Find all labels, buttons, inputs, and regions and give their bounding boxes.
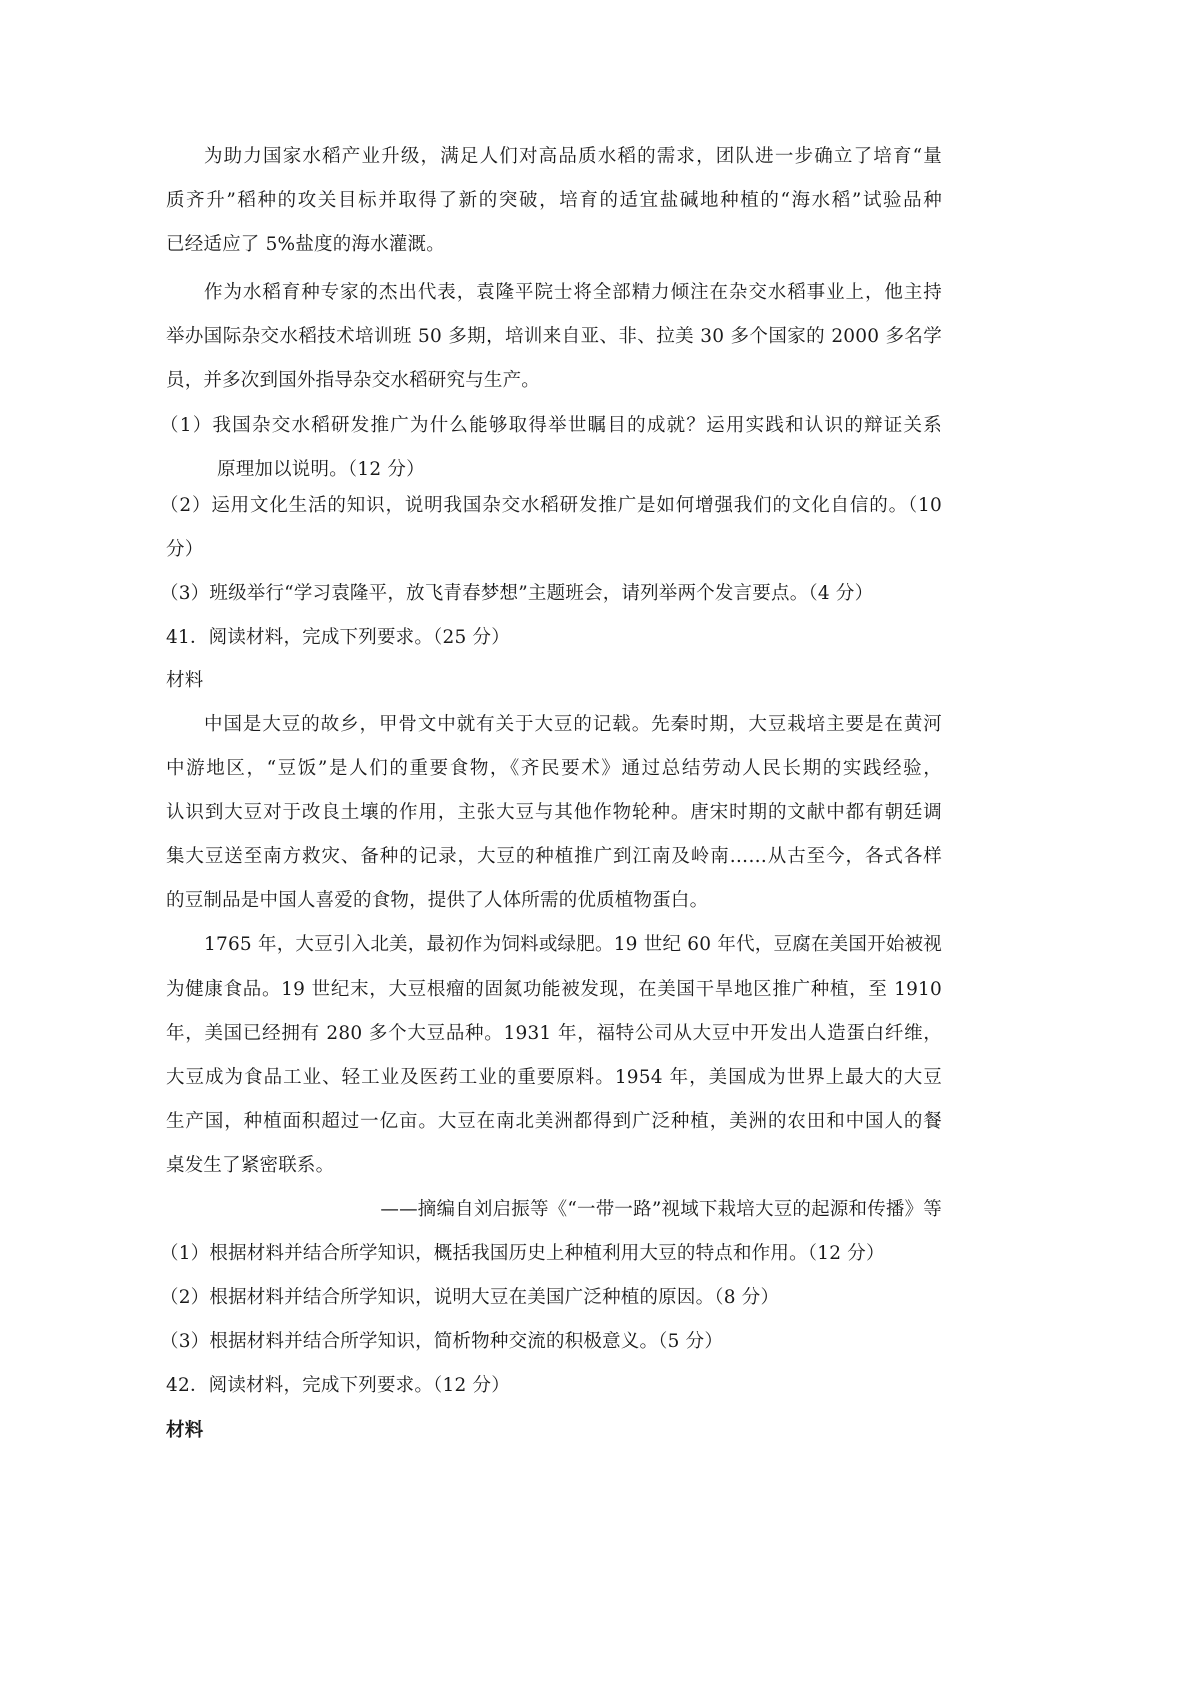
- q41-para2-line2: 为健康食品。19 世纪末，大豆根瘤的固氮功能被发现，在美国干旱地区推广种植，至 …: [166, 975, 942, 1005]
- q41-question-2: （2）根据材料并结合所学知识，说明大豆在美国广泛种植的原因。（8 分）: [160, 1283, 779, 1313]
- q42-material-label: 材料: [166, 1416, 203, 1446]
- q40-2-line2: 分）: [166, 535, 203, 565]
- q41-para2-line4: 大豆成为食品工业、轻工业及医药工业的重要原料。1954 年，美国成为世界上最大的…: [166, 1063, 942, 1093]
- q41-para2-line5: 生产国，种植面积超过一亿亩。大豆在南北美洲都得到广泛种植，美洲的农田和中国人的餐: [166, 1107, 942, 1137]
- q42-heading: 42．阅读材料，完成下列要求。（12 分）: [166, 1371, 510, 1401]
- q41-material-label: 材料: [166, 666, 203, 696]
- rice-para1-line1: 为助力国家水稻产业升级，满足人们对高品质水稻的需求，团队进一步确立了培育“量: [204, 142, 942, 172]
- q41-question-1: （1）根据材料并结合所学知识，概括我国历史上种植利用大豆的特点和作用。（12 分…: [160, 1239, 885, 1269]
- q41-question-3: （3）根据材料并结合所学知识，简析物种交流的积极意义。（5 分）: [160, 1327, 723, 1357]
- q41-para2-line6: 桌发生了紧密联系。: [166, 1151, 334, 1181]
- q41-source-citation: ——摘编自刘启振等《“一带一路”视域下栽培大豆的起源和传播》等: [380, 1195, 942, 1225]
- q41-para1-line1: 中国是大豆的故乡，甲骨文中就有关于大豆的记载。先秦时期，大豆栽培主要是在黄河: [204, 710, 942, 740]
- q41-heading: 41．阅读材料，完成下列要求。（25 分）: [166, 623, 510, 653]
- rice-para2-line2: 举办国际杂交水稻技术培训班 50 多期，培训来自亚、非、拉美 30 多个国家的 …: [166, 322, 942, 352]
- q41-para1-line3: 认识到大豆对于改良土壤的作用，主张大豆与其他作物轮种。唐宋时期的文献中都有朝廷调: [166, 798, 942, 828]
- q40-1-line1: （1）我国杂交水稻研发推广为什么能够取得举世瞩目的成就？运用实践和认识的辩证关系: [160, 411, 942, 441]
- rice-para1-line3: 已经适应了 5%盐度的海水灌溉。: [166, 230, 445, 260]
- q41-para1-line4: 集大豆送至南方救灾、备种的记录，大豆的种植推广到江南及岭南……从古至今，各式各样: [166, 842, 942, 872]
- rice-para2-line1: 作为水稻育种专家的杰出代表，袁隆平院士将全部精力倾注在杂交水稻事业上，他主持: [204, 278, 942, 308]
- rice-para2-line3: 员，并多次到国外指导杂交水稻研究与生产。: [166, 366, 540, 396]
- q40-1-line2: 原理加以说明。（12 分）: [217, 455, 425, 485]
- q40-3: （3）班级举行“学习袁隆平，放飞青春梦想”主题班会，请列举两个发言要点。（4 分…: [160, 579, 873, 609]
- rice-para1-line2: 质齐升”稻种的攻关目标并取得了新的突破，培育的适宜盐碱地种植的“海水稻”试验品种: [166, 186, 942, 216]
- q41-para1-line5: 的豆制品是中国人喜爱的食物，提供了人体所需的优质植物蛋白。: [166, 886, 708, 916]
- q40-2-line1: （2）运用文化生活的知识，说明我国杂交水稻研发推广是如何增强我们的文化自信的。（…: [160, 491, 942, 521]
- q41-para2-line3: 年，美国已经拥有 280 多个大豆品种。1931 年，福特公司从大豆中开发出人造…: [166, 1019, 942, 1049]
- q41-para2-line1: 1765 年，大豆引入北美，最初作为饲料或绿肥。19 世纪 60 年代，豆腐在美…: [204, 930, 942, 960]
- q41-para1-line2: 中游地区，“豆饭”是人们的重要食物，《齐民要术》通过总结劳动人民长期的实践经验，: [166, 754, 942, 784]
